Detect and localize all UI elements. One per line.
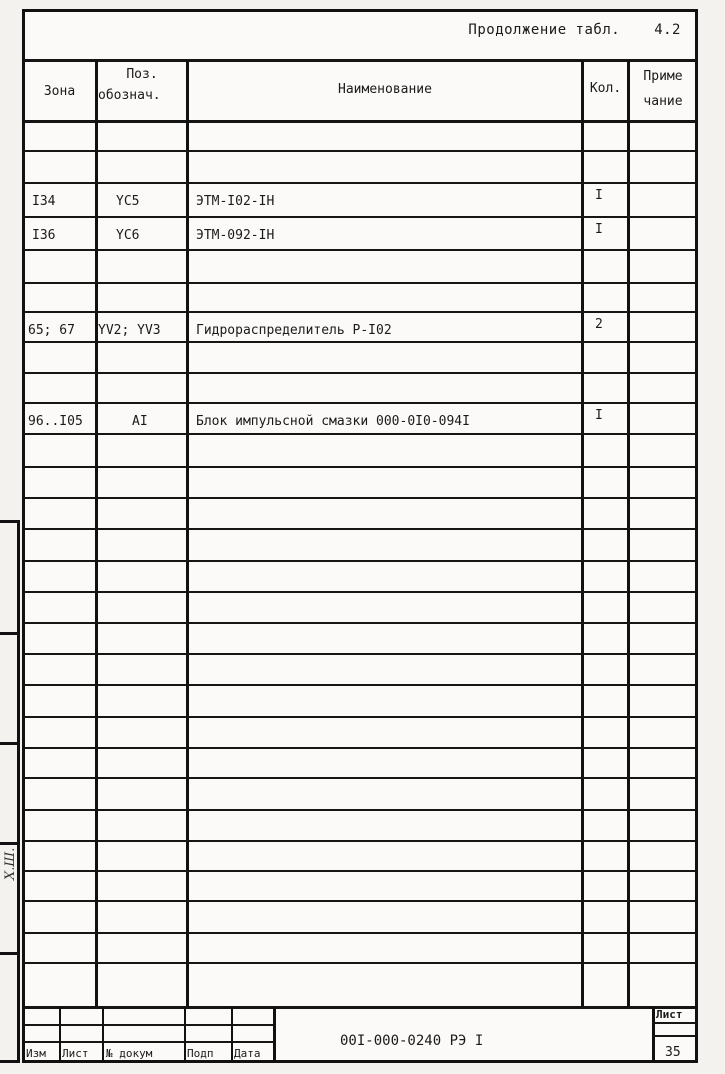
row-line — [24, 870, 696, 872]
table-cell-qty: 2 — [595, 317, 603, 332]
row-line — [24, 777, 696, 779]
margin-signature: Х.Ш. — [3, 848, 18, 880]
row-line — [24, 282, 696, 284]
row-line — [24, 528, 696, 530]
table-cell-name: Блок импульсной смазки 000-0I0-094I — [196, 414, 470, 429]
row-line — [24, 591, 696, 593]
tb-col-1 — [59, 1007, 61, 1063]
row-line — [24, 433, 696, 435]
row-line — [24, 900, 696, 902]
table-cell-qty: I — [595, 408, 603, 423]
tb-col-2 — [102, 1007, 104, 1063]
row-line — [24, 622, 696, 624]
table-cell-pos: AI — [132, 414, 148, 429]
binding-strip-1 — [0, 520, 20, 632]
tb-row-line-1 — [24, 1024, 274, 1026]
table-cell-pos: YC6 — [116, 228, 139, 243]
header-pos-line1: Поз. — [98, 66, 186, 83]
title-block-top-line — [24, 1006, 696, 1009]
document-frame — [22, 9, 698, 1063]
tb-col-3 — [184, 1007, 186, 1063]
sheet-number: 35 — [665, 1045, 681, 1060]
tb-label-izm: Изм — [26, 1047, 46, 1060]
header-note-line2: чание — [630, 93, 696, 110]
col-line-2 — [186, 60, 189, 1008]
row-line — [24, 840, 696, 842]
table-cell-name: Гидрораспределитель Р-I02 — [196, 323, 392, 338]
col-line-3 — [581, 60, 584, 1008]
header-pos: Поз. обознач. — [98, 66, 186, 104]
table-caption: Продолжение табл.4.2 — [468, 22, 681, 38]
row-line — [24, 716, 696, 718]
tb-col-4 — [231, 1007, 233, 1063]
tb-label-list: Лист — [62, 1047, 89, 1060]
binding-strip-2 — [0, 632, 20, 742]
caption-text: Продолжение табл. — [468, 22, 620, 38]
row-line — [24, 402, 696, 404]
row-line — [24, 932, 696, 934]
table-cell-qty: I — [595, 188, 603, 203]
header-note-line1: Приме — [630, 68, 696, 85]
sheet-label: Лист — [656, 1008, 683, 1021]
tb-label-doc: № докум — [106, 1047, 152, 1060]
document-designation: 00I-000-0240 РЭ I — [340, 1033, 483, 1049]
header-zone: Зона — [24, 83, 95, 100]
header-note: Приме чание — [630, 68, 696, 110]
row-line — [24, 497, 696, 499]
table-cell-qty: I — [595, 222, 603, 237]
row-line — [24, 182, 696, 184]
header-bottom-line — [24, 120, 696, 123]
row-line — [24, 684, 696, 686]
col-line-4 — [627, 60, 630, 1008]
row-line — [24, 809, 696, 811]
tb-row-line-2 — [24, 1041, 274, 1043]
tb-sheet-line-1 — [653, 1022, 697, 1024]
row-line — [24, 653, 696, 655]
binding-strip-3 — [0, 742, 20, 842]
table-cell-name: ЭТМ-I02-IН — [196, 194, 274, 209]
col-line-1 — [95, 60, 98, 1008]
header-qty: Кол. — [584, 80, 627, 97]
row-line — [24, 962, 696, 964]
tb-label-sign: Подп — [187, 1047, 214, 1060]
table-cell-name: ЭТМ-092-IН — [196, 228, 274, 243]
table-cell-zone: 65; 67 — [28, 323, 75, 338]
tb-label-date: Дата — [234, 1047, 261, 1060]
row-line — [24, 311, 696, 313]
row-line — [24, 747, 696, 749]
table-number: 4.2 — [654, 22, 681, 38]
binding-strip-5 — [0, 952, 20, 1063]
row-line — [24, 560, 696, 562]
header-top-line — [24, 59, 696, 62]
row-line — [24, 150, 696, 152]
row-line — [24, 216, 696, 218]
table-cell-pos: YC5 — [116, 194, 139, 209]
table-cell-zone: 96..I05 — [28, 414, 83, 429]
row-line — [24, 341, 696, 343]
table-cell-zone: I34 — [32, 194, 55, 209]
row-line — [24, 466, 696, 468]
table-cell-zone: I36 — [32, 228, 55, 243]
row-line — [24, 372, 696, 374]
table-cell-pos: YV2; YV3 — [98, 323, 161, 338]
header-name: Наименование — [189, 81, 581, 98]
header-pos-line2: обознач. — [98, 87, 186, 104]
tb-col-5 — [273, 1007, 276, 1063]
row-line — [24, 249, 696, 251]
tb-sheet-line-2 — [653, 1035, 697, 1037]
